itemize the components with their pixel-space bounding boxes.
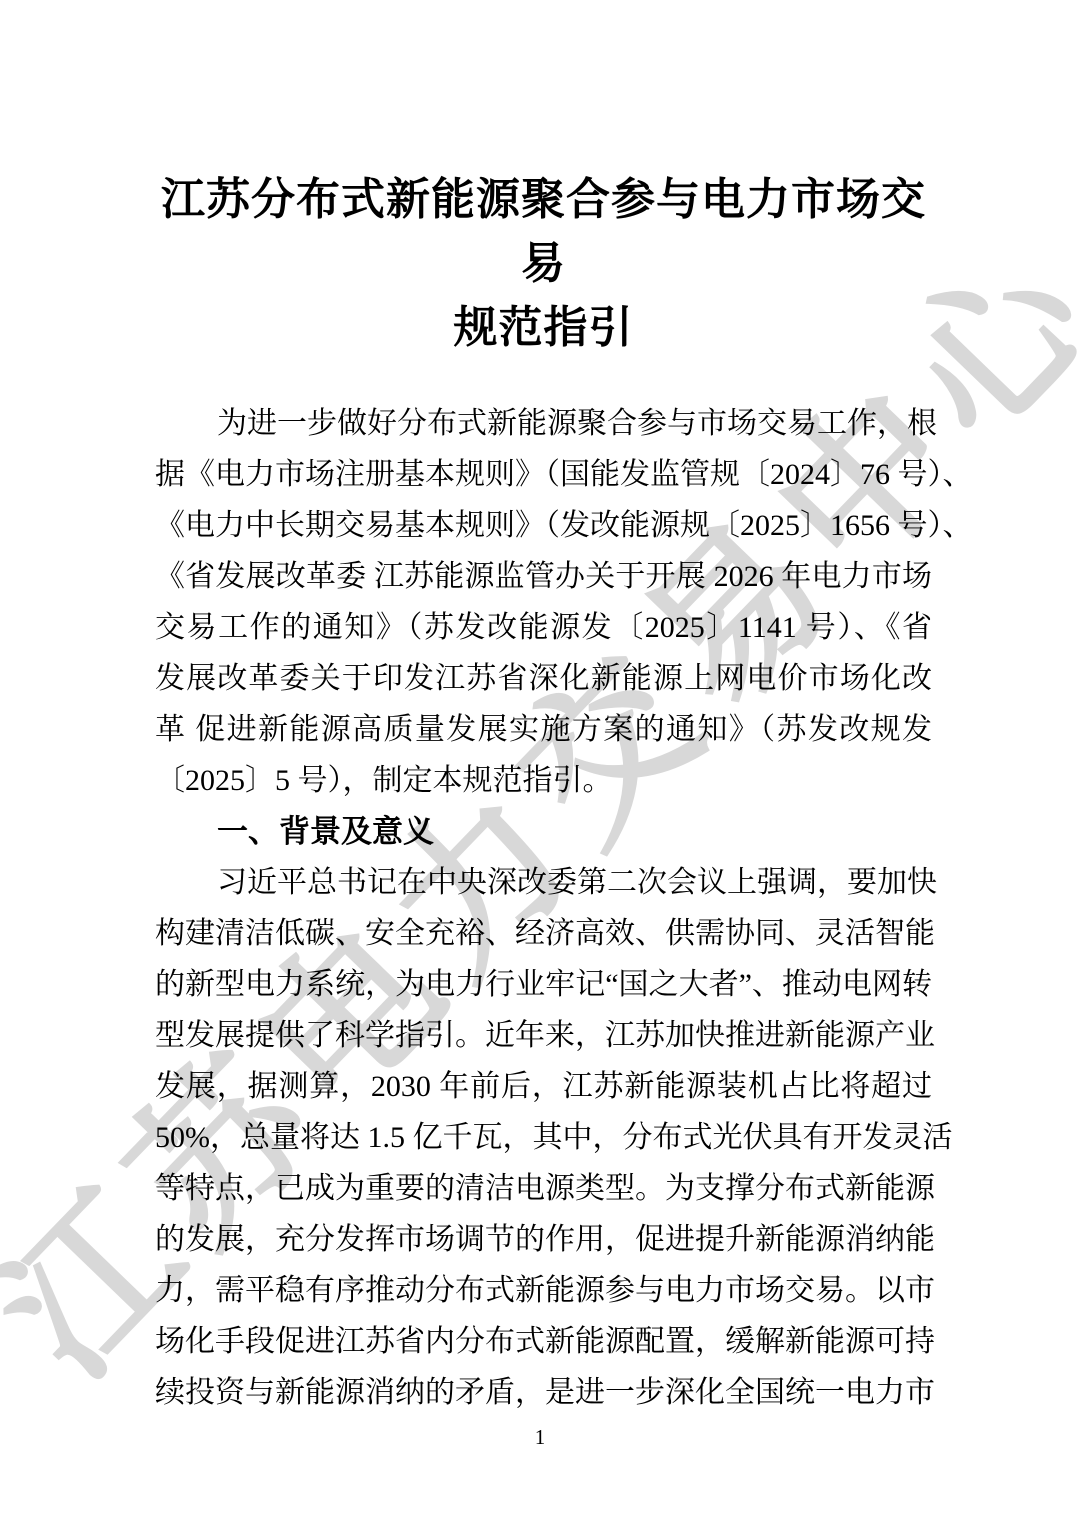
page-number: 1 xyxy=(0,1425,1080,1450)
paragraph-line: 型发展提供了科学指引。近年来，江苏加快推进新能源产业 xyxy=(155,1010,932,1061)
paragraph-line: 为进一步做好分布式新能源聚合参与市场交易工作，根 xyxy=(155,398,932,449)
paragraph-line: 发展改革委关于印发江苏省深化新能源上网电价市场化改 xyxy=(155,653,932,704)
paragraph-line: 发展，据测算，2030 年前后，江苏新能源装机占比将超过 xyxy=(155,1061,932,1112)
document-title-line-2: 规范指引 xyxy=(155,296,932,360)
paragraph-line: 的发展，充分发挥市场调节的作用，促进提升新能源消纳能 xyxy=(155,1214,932,1265)
paragraph-line: 《省发展改革委 江苏能源监管办关于开展 2026 年电力市场 xyxy=(155,551,932,602)
paragraph-line: 场化手段促进江苏省内分布式新能源配置，缓解新能源可持 xyxy=(155,1316,932,1367)
paragraph-line: 革 促进新能源高质量发展实施方案的通知》（苏发改规发 xyxy=(155,704,932,755)
paragraph-line: 交易工作的通知》（苏发改能源发〔2025〕1141 号）、《省 xyxy=(155,602,932,653)
paragraph-line: 〔2025〕5 号），制定本规范指引。 xyxy=(155,755,932,806)
section1-paragraph: 习近平总书记在中央深改委第二次会议上强调，要加快 构建清洁低碳、安全充裕、经济高… xyxy=(155,857,932,1418)
paragraph-line: 构建清洁低碳、安全充裕、经济高效、供需协同、灵活智能 xyxy=(155,908,932,959)
paragraph-line: 50%，总量将达 1.5 亿千瓦，其中，分布式光伏具有开发灵活 xyxy=(155,1112,932,1163)
paragraph-line: 据《电力市场注册基本规则》（国能发监管规〔2024〕76 号）、 xyxy=(155,449,932,500)
document-page: 江苏电力交易中心 江苏分布式新能源聚合参与电力市场交易 规范指引 为进一步做好分… xyxy=(0,0,1080,1528)
paragraph-line: 的新型电力系统，为电力行业牢记“国之大者”、推动电网转 xyxy=(155,959,932,1010)
paragraph-line: 力，需平稳有序推动分布式新能源参与电力市场交易。以市 xyxy=(155,1265,932,1316)
intro-paragraph: 为进一步做好分布式新能源聚合参与市场交易工作，根 据《电力市场注册基本规则》（国… xyxy=(155,398,932,806)
document-title-line-1: 江苏分布式新能源聚合参与电力市场交易 xyxy=(155,168,932,296)
paragraph-line: 等特点，已成为重要的清洁电源类型。为支撑分布式新能源 xyxy=(155,1163,932,1214)
page-content: 江苏分布式新能源聚合参与电力市场交易 规范指引 为进一步做好分布式新能源聚合参与… xyxy=(0,168,1080,1418)
paragraph-line: 习近平总书记在中央深改委第二次会议上强调，要加快 xyxy=(155,857,932,908)
section-heading-background: 一、背景及意义 xyxy=(155,806,932,857)
paragraph-line: 《电力中长期交易基本规则》（发改能源规〔2025〕1656 号）、 xyxy=(155,500,932,551)
document-title: 江苏分布式新能源聚合参与电力市场交易 规范指引 xyxy=(155,168,932,360)
paragraph-line: 续投资与新能源消纳的矛盾，是进一步深化全国统一电力市 xyxy=(155,1367,932,1418)
